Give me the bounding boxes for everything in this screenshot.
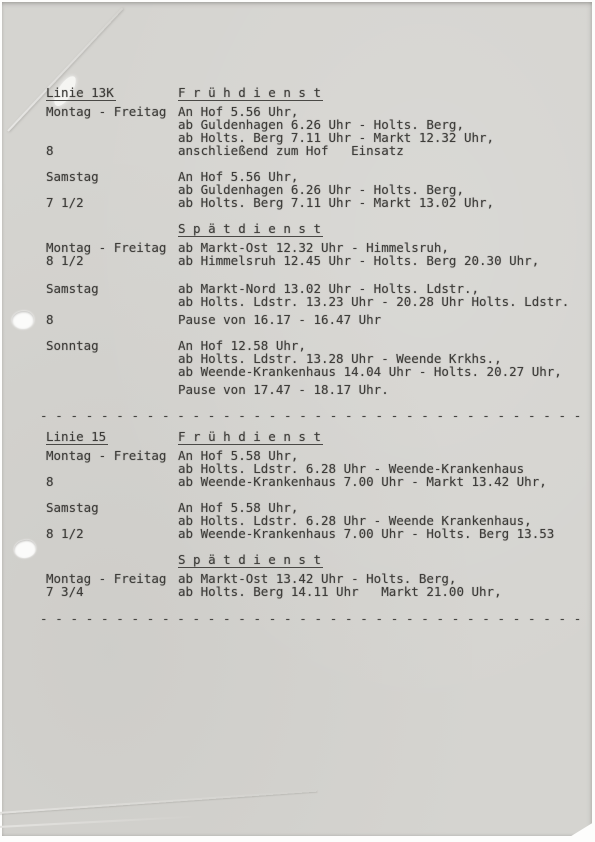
- schedule-line: anschließend zum Hof Einsatz: [178, 144, 578, 157]
- schedule-line: ab Holts. Berg 14.11 Uhr Markt 21.00 Uhr…: [178, 585, 578, 598]
- section-header-linie-13k: Linie 13K F r ü h d i e n s t: [46, 86, 578, 101]
- duty-block: Samstag 8 ab Markt-Nord 13.02 Uhr - Holt…: [46, 282, 578, 326]
- schedule-line: ab Weende-Krankenhaus 14.04 Uhr - Holts.…: [178, 365, 578, 378]
- section-header-linie-15: Linie 15 F r ü h d i e n s t: [46, 430, 578, 445]
- duty-hours: 8: [46, 475, 54, 488]
- shift-heading-spaetdienst: S p ä t d i e n s t: [178, 553, 323, 568]
- shift-heading-spaetdienst: S p ä t d i e n s t: [178, 222, 323, 237]
- duty-hours: 7 1/2: [46, 196, 84, 209]
- duty-block: Sonntag An Hof 12.58 Uhr, ab Holts. Ldst…: [46, 339, 578, 396]
- typed-content: Linie 13K F r ü h d i e n s t Montag - F…: [2, 2, 592, 836]
- paper-sheet: Linie 13K F r ü h d i e n s t Montag - F…: [2, 2, 592, 836]
- shift-header-spaetdienst: S p ä t d i e n s t: [46, 222, 578, 237]
- schedule-line: ab Holts. Ldstr. 13.23 Uhr - 20.28 Uhr H…: [178, 295, 578, 308]
- schedule-line: ab Weende-Krankenhaus 7.00 Uhr - Markt 1…: [178, 475, 578, 488]
- pause-note: Pause von 17.47 - 18.17 Uhr.: [178, 383, 578, 396]
- line-title: Linie 13K: [46, 86, 116, 101]
- duty-hours: 8: [46, 144, 54, 157]
- duty-hours: 7 3/4: [46, 585, 84, 598]
- schedule-line: ab Himmelsruh 12.45 Uhr - Holts. Berg 20…: [178, 254, 578, 267]
- day-label: Sonntag: [46, 339, 99, 352]
- dashed-separator: - - - - - - - - - - - - - - - - - - - - …: [40, 409, 578, 422]
- schedule-line: ab Holts. Berg 7.11 Uhr - Markt 13.02 Uh…: [178, 196, 578, 209]
- dashed-separator: - - - - - - - - - - - - - - - - - - - - …: [40, 612, 578, 625]
- duty-block: Montag - Freitag 7 3/4 ab Markt-Ost 13.4…: [46, 572, 578, 598]
- duty-block: Samstag 7 1/2 An Hof 5.56 Uhr, ab Gulden…: [46, 170, 578, 209]
- day-label: Montag - Freitag: [46, 105, 166, 118]
- duty-block: Samstag 8 1/2 An Hof 5.58 Uhr, ab Holts.…: [46, 501, 578, 540]
- duty-hours: 8 1/2: [46, 254, 84, 267]
- duty-block: Montag - Freitag 8 An Hof 5.56 Uhr, ab G…: [46, 105, 578, 157]
- day-label: Samstag: [46, 282, 99, 295]
- shift-heading-fruehdienst: F r ü h d i e n s t: [178, 430, 323, 445]
- day-label: Samstag: [46, 170, 99, 183]
- day-label: Montag - Freitag: [46, 449, 166, 462]
- shift-header-spaetdienst: S p ä t d i e n s t: [46, 553, 578, 568]
- line-title: Linie 15: [46, 430, 108, 445]
- day-label: Samstag: [46, 501, 99, 514]
- duty-block: Montag - Freitag 8 An Hof 5.58 Uhr, ab H…: [46, 449, 578, 488]
- duty-block: Montag - Freitag 8 1/2 ab Markt-Ost 12.3…: [46, 241, 578, 267]
- scanned-page: Linie 13K F r ü h d i e n s t Montag - F…: [0, 0, 595, 842]
- duty-hours: 8 1/2: [46, 527, 84, 540]
- shift-heading-fruehdienst: F r ü h d i e n s t: [178, 86, 323, 101]
- pause-note: Pause von 16.17 - 16.47 Uhr: [178, 313, 578, 326]
- duty-hours: 8: [46, 313, 54, 326]
- schedule-line: ab Weende-Krankenhaus 7.00 Uhr - Holts. …: [178, 527, 578, 540]
